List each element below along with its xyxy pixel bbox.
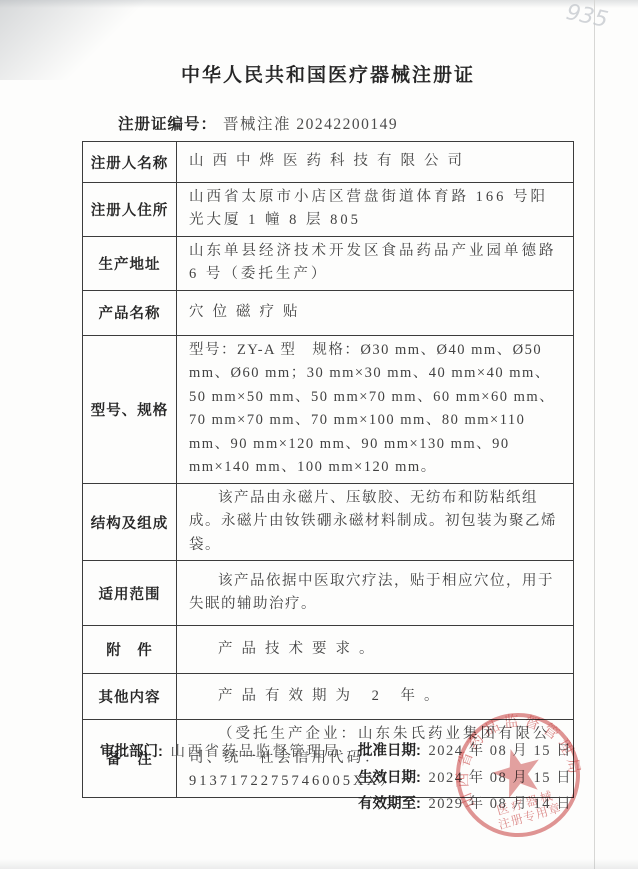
certificate-title: 中华人民共和国医疗器械注册证 bbox=[82, 60, 574, 87]
row-value: 山西中烨医药科技有限公司 bbox=[177, 142, 574, 183]
row-label: 其他内容 bbox=[83, 674, 177, 720]
row-label: 注册人名称 bbox=[83, 142, 177, 183]
table-row: 生产地址 山东单县经济技术开发区食品药品产业园单德路 6 号（委托生产） bbox=[83, 236, 574, 290]
row-value: 该产品依据中医取穴疗法，贴于相应穴位，用于失眠的辅助治疗。 bbox=[177, 561, 574, 626]
table-row: 注册人住所 山西省太原市小店区营盘街道体育路 166 号阳光大厦 1 幢 8 层… bbox=[83, 183, 574, 237]
row-label: 产品名称 bbox=[83, 290, 177, 335]
registration-number-row: 注册证编号：晋械注准 20242200149 bbox=[118, 112, 398, 134]
approval-date-value: 2024 年 08 月 15 日 bbox=[428, 743, 572, 759]
row-label: 结构及组成 bbox=[83, 483, 177, 560]
row-value: 型号：ZY-A 型 规格：Ø30 mm、Ø40 mm、Ø50 mm、Ø60 mm… bbox=[177, 335, 574, 483]
date-block: 批准日期: 2024 年 08 月 15 日 生效日期: 2024 年 08 月… bbox=[358, 738, 572, 818]
registration-number-label: 注册证编号： bbox=[118, 116, 217, 133]
certificate-page: 935 中华人民共和国医疗器械注册证 注册证编号：晋械注准 2024220014… bbox=[0, 0, 638, 869]
registration-number-value: 晋械注准 20242200149 bbox=[223, 116, 398, 133]
approval-date-label: 批准日期: bbox=[358, 743, 421, 759]
table-row: 产品名称 穴位磁疗贴 bbox=[83, 290, 574, 335]
table-row: 注册人名称 山西中烨医药科技有限公司 bbox=[83, 142, 574, 183]
handwritten-page-number: 935 bbox=[564, 0, 610, 33]
table-row: 结构及组成 该产品由永磁片、压敏胶、无纺布和防粘纸组成。永磁片由钕铁硼永磁材料制… bbox=[83, 483, 574, 560]
row-label: 生产地址 bbox=[83, 236, 177, 290]
page-edge-line bbox=[594, 0, 595, 869]
approval-department-label: 审批部门: bbox=[100, 744, 163, 760]
row-value: 产品有效期为 2 年。 bbox=[177, 674, 574, 720]
row-value: 产品技术要求。 bbox=[177, 626, 574, 674]
photo-bottom-shadow bbox=[0, 859, 638, 869]
row-value: 穴位磁疗贴 bbox=[177, 290, 574, 335]
table-row: 适用范围 该产品依据中医取穴疗法，贴于相应穴位，用于失眠的辅助治疗。 bbox=[83, 561, 574, 626]
table-row: 附 件 产品技术要求。 bbox=[83, 626, 574, 674]
row-value: 该产品由永磁片、压敏胶、无纺布和防粘纸组成。永磁片由钕铁硼永磁材料制成。初包装为… bbox=[177, 483, 574, 560]
row-value: 山西省太原市小店区营盘街道体育路 166 号阳光大厦 1 幢 8 层 805 bbox=[177, 183, 574, 237]
expiry-date-label: 有效期至: bbox=[358, 796, 421, 812]
effective-date-label: 生效日期: bbox=[358, 770, 421, 786]
expiry-date-value: 2029 年 08 月 14 日 bbox=[428, 796, 572, 812]
table-row: 其他内容 产品有效期为 2 年。 bbox=[83, 674, 574, 720]
row-label: 型号、规格 bbox=[83, 335, 177, 483]
row-label: 附 件 bbox=[83, 626, 177, 674]
row-value: 山东单县经济技术开发区食品药品产业园单德路 6 号（委托生产） bbox=[177, 236, 574, 290]
approval-department: 审批部门: 山西省药品监督管理局 bbox=[100, 740, 340, 761]
approval-department-value: 山西省药品监督管理局 bbox=[170, 744, 340, 760]
effective-date: 生效日期: 2024 年 08 月 15 日 bbox=[358, 765, 572, 792]
table-row: 型号、规格 型号：ZY-A 型 规格：Ø30 mm、Ø40 mm、Ø50 mm、… bbox=[83, 335, 574, 483]
row-label: 注册人住所 bbox=[83, 183, 177, 237]
row-label: 适用范围 bbox=[83, 561, 177, 626]
photo-top-shadow bbox=[0, 0, 638, 8]
expiry-date: 有效期至: 2029 年 08 月 14 日 bbox=[358, 791, 572, 818]
approval-date: 批准日期: 2024 年 08 月 15 日 bbox=[358, 738, 572, 765]
effective-date-value: 2024 年 08 月 15 日 bbox=[428, 770, 572, 786]
certificate-table: 注册人名称 山西中烨医药科技有限公司 注册人住所 山西省太原市小店区营盘街道体育… bbox=[82, 141, 574, 798]
